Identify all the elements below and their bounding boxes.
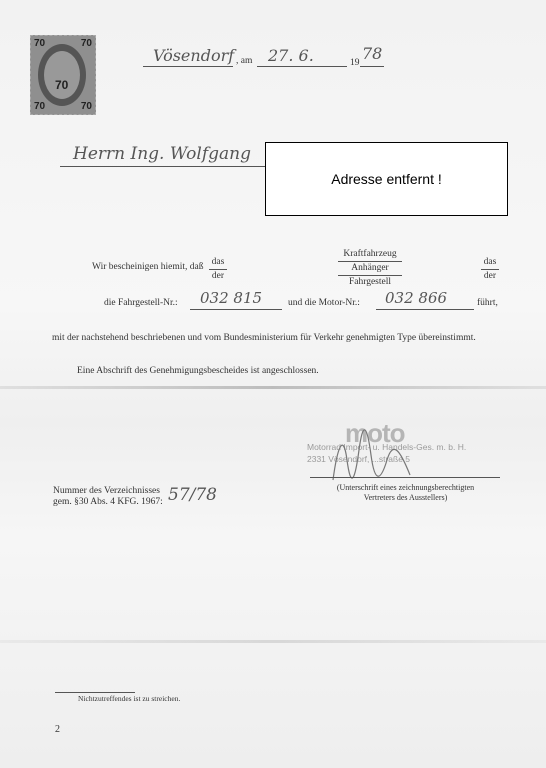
certify-text: Wir bescheinigen hiemit, daß	[92, 262, 203, 272]
footnote: Nichtzutreffendes ist zu streichen.	[78, 694, 180, 703]
article-der: der	[481, 270, 499, 283]
chassis-label: die Fahrgestell-Nr.:	[104, 298, 178, 308]
place-handwritten: Vösendorf	[153, 46, 234, 65]
fuehrt-text: führt,	[477, 298, 498, 308]
signature-caption: (Unterschrift eines zeichnungsberechtigt…	[318, 483, 493, 503]
register-label: Nummer des Verzeichnisses gem. §30 Abs. …	[53, 486, 163, 508]
vehicle-type: Kraftfahrzeug	[338, 248, 402, 262]
vehicle-type: Anhänger	[338, 262, 402, 276]
stamp-value: 70	[81, 38, 92, 49]
page-number: 2	[55, 724, 60, 735]
register-label-line: gem. §30 Abs. 4 KFG. 1967:	[53, 497, 163, 508]
recipient-handwritten: Herrn Ing. Wolfgang	[73, 144, 251, 164]
vehicle-type-choice: Kraftfahrzeug Anhänger Fahrgestell	[338, 248, 402, 289]
register-label-line: Nummer des Verzeichnisses	[53, 486, 163, 497]
year-handwritten: 78	[362, 44, 382, 63]
article-das: das	[209, 256, 227, 270]
redaction-box: Adresse entfernt !	[265, 142, 508, 216]
stamp-value: 70	[34, 38, 45, 49]
caption-line: (Unterschrift eines zeichnungsberechtigt…	[318, 483, 493, 493]
signature	[325, 420, 415, 490]
am-label: , am	[236, 56, 252, 66]
stamp-value: 70	[81, 101, 92, 112]
engine-label: und die Motor-Nr.:	[288, 298, 360, 308]
type-sentence: mit der nachstehend beschriebenen und vo…	[52, 333, 502, 343]
stamp-center-value: 70	[55, 78, 68, 92]
engine-number: 032 866	[385, 289, 447, 307]
paper-fold	[0, 386, 546, 389]
chassis-number: 032 815	[200, 289, 262, 307]
article-choice-2: das der	[481, 256, 499, 283]
article-choice-1: das der	[209, 256, 227, 283]
stamp-value: 70	[34, 101, 45, 112]
article-der: der	[209, 270, 227, 283]
date-handwritten: 27. 6.	[268, 46, 314, 65]
year-prefix: 19	[350, 58, 360, 68]
article-das: das	[481, 256, 499, 270]
paper-fold	[0, 640, 546, 643]
copy-sentence: Eine Abschrift des Genehmigungsbescheide…	[77, 366, 319, 376]
revenue-stamp: 70 70 70 70 70	[30, 35, 96, 115]
vehicle-type: Fahrgestell	[338, 276, 402, 289]
caption-line: Vertreters des Ausstellers)	[318, 493, 493, 503]
redaction-note: Adresse entfernt !	[331, 171, 442, 187]
register-number: 57/78	[168, 485, 217, 505]
